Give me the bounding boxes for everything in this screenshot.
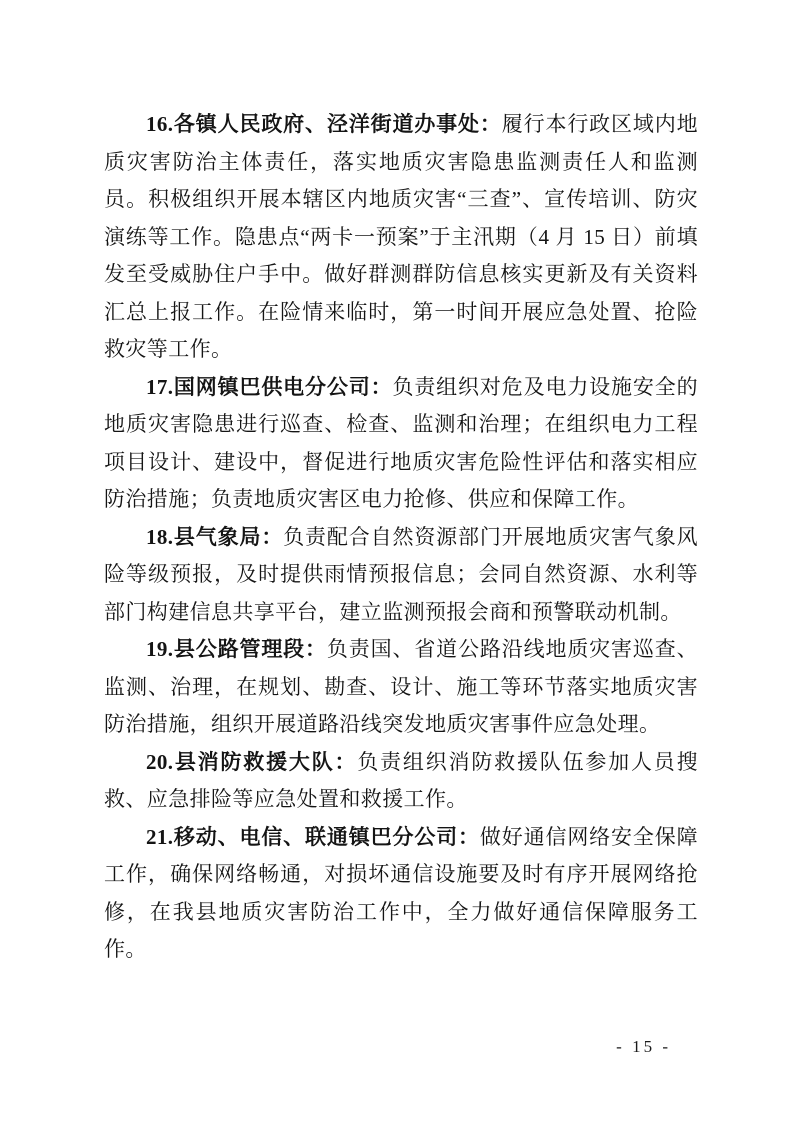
paragraph-20: 20.县消防救援大队：负责组织消防救援队伍参加人员搜救、应急排险等应急处置和救援… [104, 744, 698, 819]
paragraph-16: 16.各镇人民政府、泾洋街道办事处：履行本行政区域内地质灾害防治主体责任，落实地… [104, 106, 698, 369]
paragraph-21: 21.移动、电信、联通镇巴分公司：做好通信网络安全保障工作，确保网络畅通，对损坏… [104, 819, 698, 969]
page-number: - 15 - [616, 1037, 671, 1057]
paragraph-21-heading: 21.移动、电信、联通镇巴分公司： [146, 825, 480, 849]
paragraph-19: 19.县公路管理段：负责国、省道公路沿线地质灾害巡查、监测、治理，在规划、勘查、… [104, 631, 698, 744]
paragraph-18: 18.县气象局：负责配合自然资源部门开展地质灾害气象风险等级预报，及时提供雨情预… [104, 519, 698, 632]
paragraph-20-heading: 20.县消防救援大队： [146, 750, 357, 774]
document-body: 16.各镇人民政府、泾洋街道办事处：履行本行政区域内地质灾害防治主体责任，落实地… [104, 106, 698, 969]
paragraph-17-heading: 17.国网镇巴供电分公司： [146, 375, 392, 399]
paragraph-19-heading: 19.县公路管理段： [146, 637, 327, 661]
paragraph-16-body: 履行本行政区域内地质灾害防治主体责任，落实地质灾害隐患监测责任人和监测员。积极组… [104, 112, 698, 361]
document-page: 16.各镇人民政府、泾洋街道办事处：履行本行政区域内地质灾害防治主体责任，落实地… [0, 0, 793, 1122]
paragraph-17: 17.国网镇巴供电分公司：负责组织对危及电力设施安全的地质灾害隐患进行巡查、检查… [104, 369, 698, 519]
paragraph-16-heading: 16.各镇人民政府、泾洋街道办事处： [146, 112, 502, 136]
paragraph-18-heading: 18.县气象局： [146, 525, 283, 549]
